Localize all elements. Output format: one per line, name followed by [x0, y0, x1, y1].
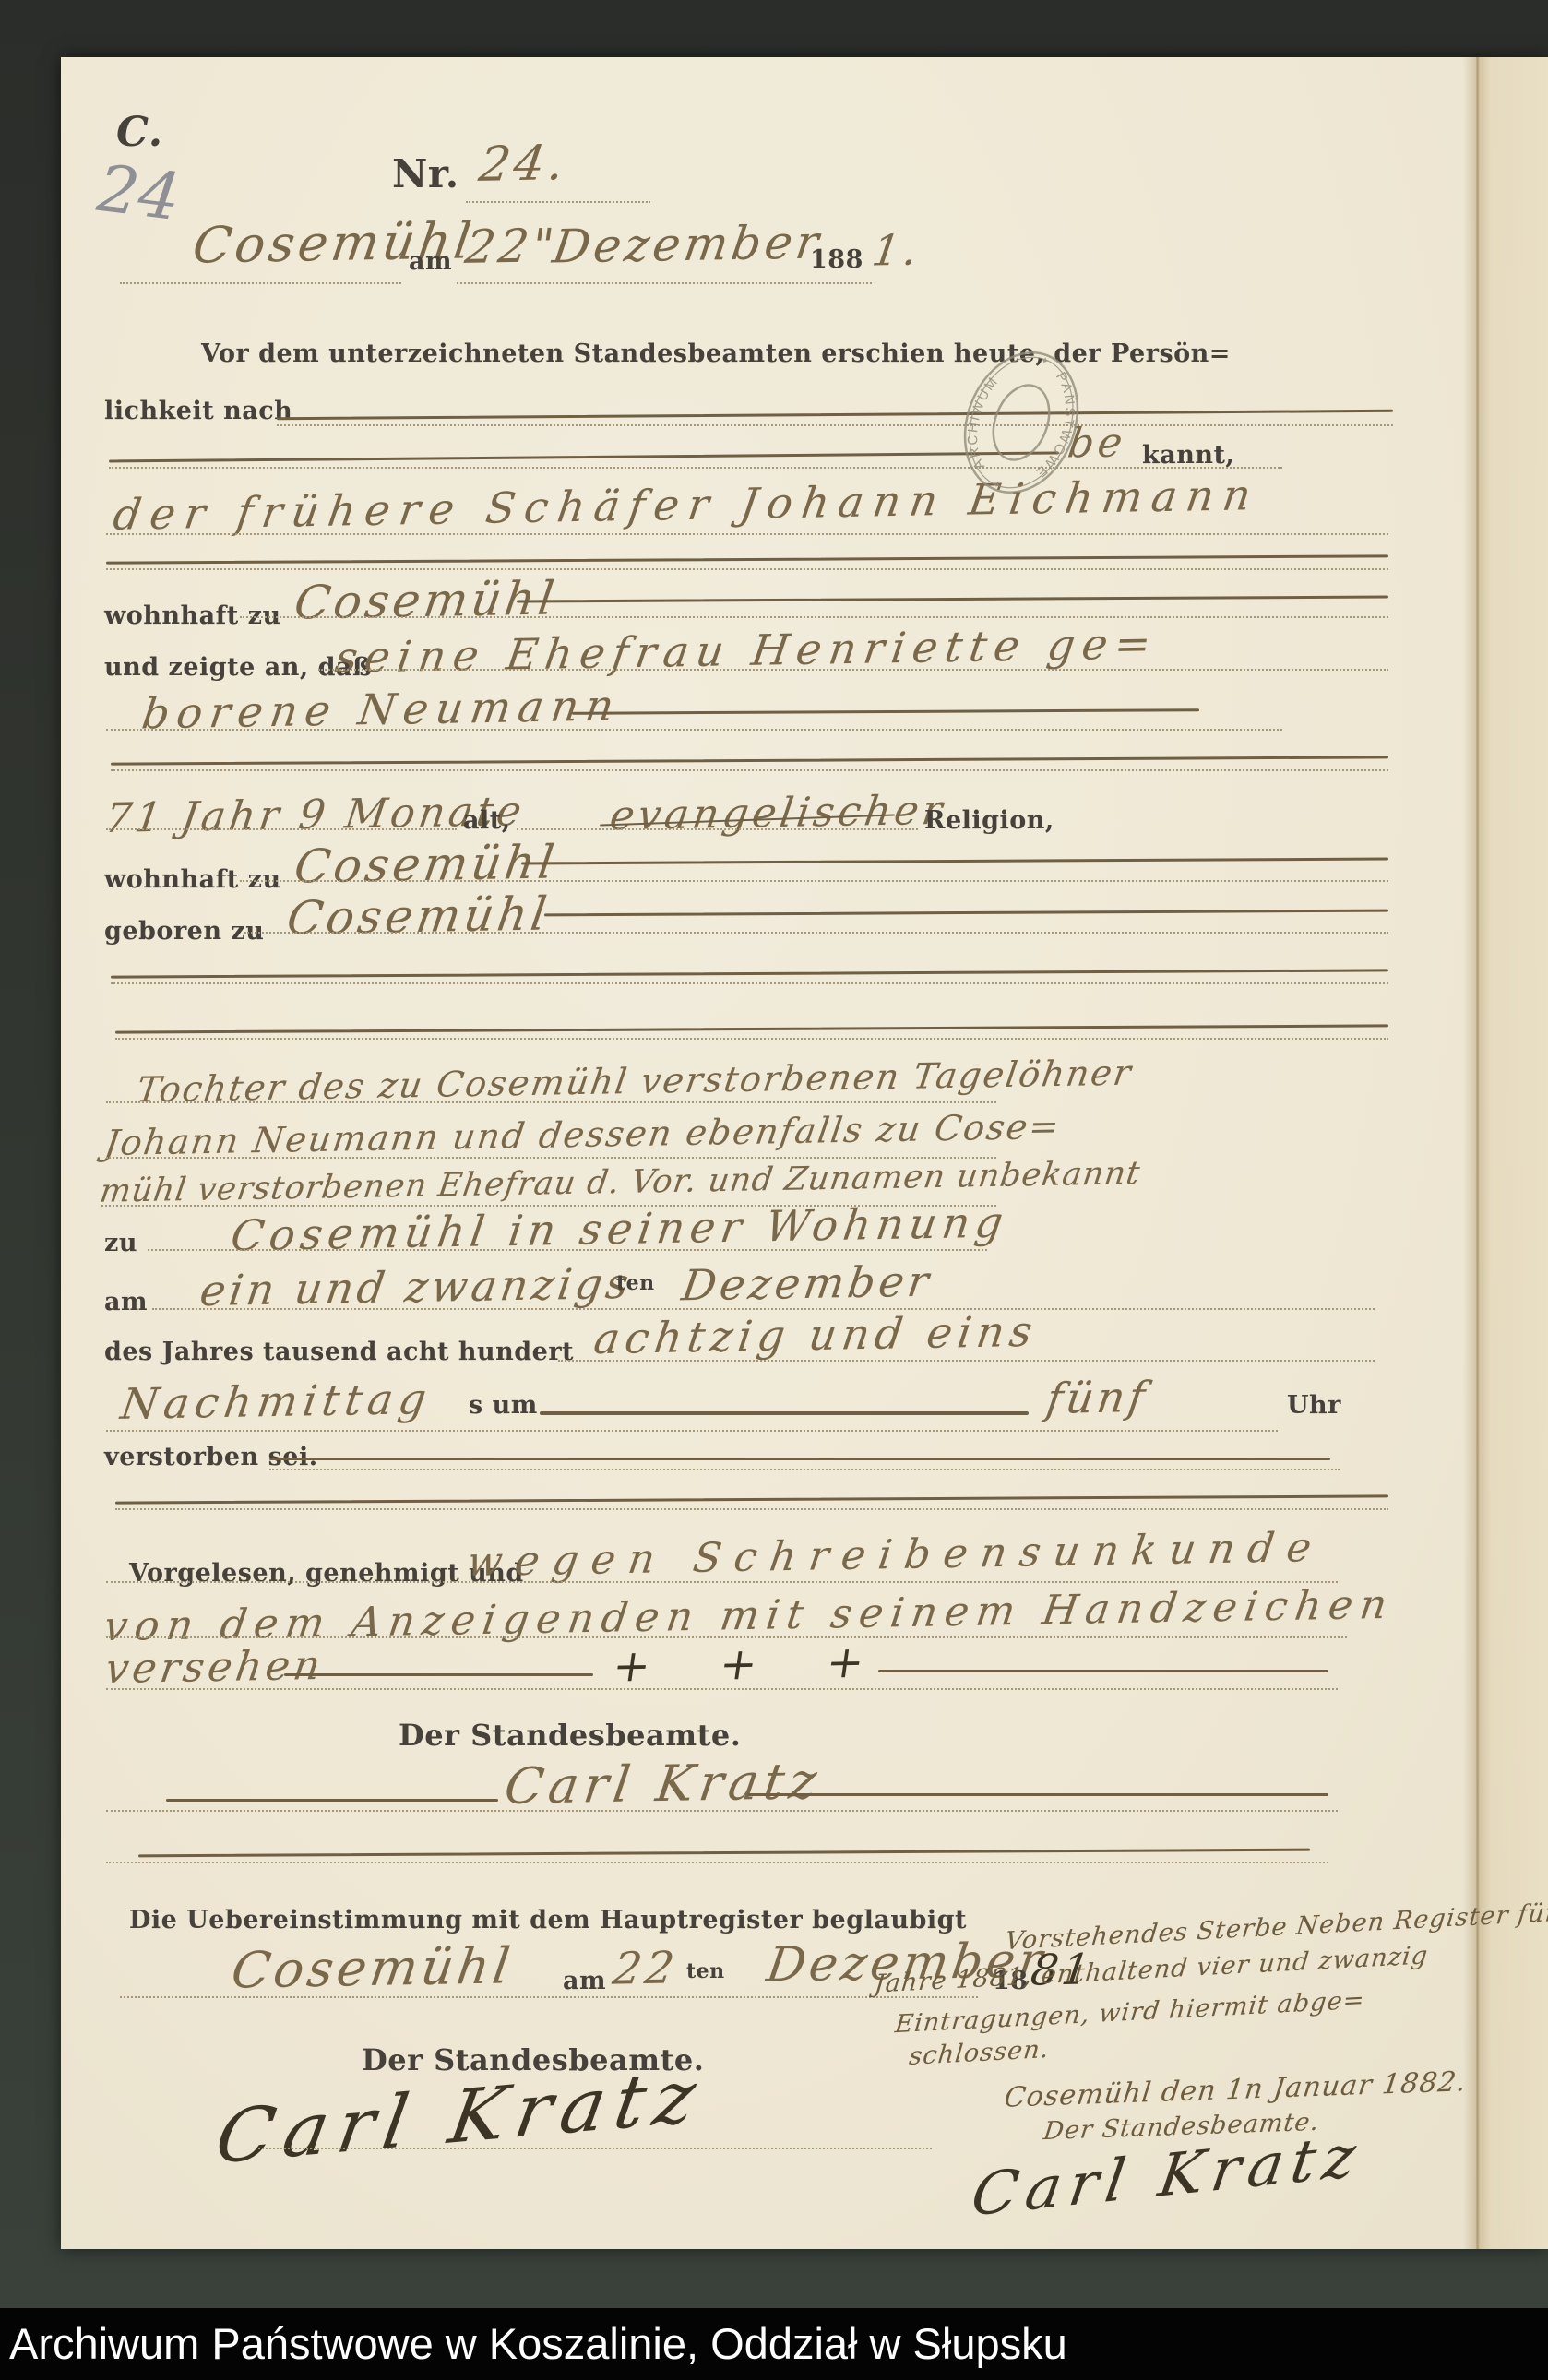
s-um-label: s um [469, 1391, 538, 1420]
residence2-value: Cosemühl [292, 836, 561, 894]
birthplace-value: Cosemühl [284, 887, 554, 946]
certify-place: Cosemühl [228, 1936, 517, 1999]
intro-line2: lichkeit nach [104, 397, 292, 425]
versehen-hand: versehen [102, 1642, 327, 1693]
alt-label: alt, [463, 806, 511, 835]
dotted-rule [106, 568, 1388, 570]
dotted-rule [244, 932, 1388, 934]
certify-day: 22 [610, 1942, 681, 1994]
dotted-rule [106, 1101, 996, 1103]
ink-stroke [269, 1458, 1330, 1460]
dotted-rule [106, 1157, 996, 1159]
dotted-rule [148, 1249, 987, 1251]
ink-stroke [878, 1670, 1328, 1672]
zeigte-an-label: und zeigte an, daß [104, 653, 372, 682]
dotted-rule [106, 828, 457, 830]
dotted-rule [277, 424, 1393, 426]
am-label: am [409, 247, 452, 276]
dotted-rule [115, 1038, 1388, 1040]
uhr-label: Uhr [1287, 1391, 1341, 1420]
certify-am: am [563, 1967, 606, 1995]
stamp-star-top: ✦ [1039, 353, 1051, 367]
death-year-value: achtzig und eins [591, 1306, 1042, 1363]
death-day-value: ein und zwanzigs [197, 1258, 636, 1315]
date-day: 22" [462, 219, 561, 274]
dotted-rule [109, 467, 1282, 469]
dotted-rule [240, 880, 1388, 882]
handzeichen-crosses: + + + [610, 1636, 896, 1692]
form-letter-c: C. [116, 109, 163, 156]
hour-value: fünf [1043, 1372, 1151, 1423]
ink-stroke [540, 1411, 1029, 1415]
dotted-rule [120, 1996, 978, 1998]
kannt-label: kannt, [1142, 441, 1234, 470]
dotted-rule [258, 2148, 932, 2149]
dotted-rule [106, 1430, 1278, 1432]
certify-label: Die Uebereinstimmung mit dem Hauptregist… [129, 1906, 967, 1934]
year-printed: 188 [810, 245, 863, 274]
dotted-rule [106, 1862, 1328, 1863]
year-written: 1. [869, 225, 924, 276]
dotted-rule [106, 729, 1282, 731]
dotted-rule [517, 828, 918, 830]
nr-label: Nr. [392, 151, 459, 196]
religion-label: Religion, [924, 806, 1054, 835]
dotted-rule [106, 1581, 1338, 1583]
dotted-rule [106, 1810, 1338, 1812]
am2-label: am [104, 1288, 148, 1316]
dotted-rule [466, 201, 650, 203]
certify-ten: ten [686, 1959, 725, 1983]
date-month: Dezember [550, 215, 826, 273]
dotted-rule [318, 669, 1388, 671]
dotted-rule [111, 982, 1388, 984]
dotted-rule [269, 1469, 1340, 1470]
dotted-rule [457, 282, 872, 284]
ink-stroke [166, 1799, 498, 1802]
dotted-rule [152, 1308, 1375, 1310]
dotted-rule [111, 769, 1388, 771]
ink-stroke [284, 1673, 593, 1676]
death-month-value: Dezember [679, 1256, 935, 1311]
geboren-label: geboren zu [104, 917, 264, 946]
zu-label: zu [104, 1229, 137, 1257]
dotted-rule [106, 1688, 1338, 1690]
scanned-document-page: C. 24 Nr. 24. Cosemühl am 22" Dezember 1… [0, 0, 1548, 2380]
dotted-rule [106, 533, 1388, 535]
dotted-rule [120, 282, 401, 284]
des-jahres-label: des Jahres tausend acht hundert [104, 1338, 574, 1366]
dotted-rule [115, 1508, 1388, 1510]
pencil-number: 24 [93, 150, 184, 235]
nr-value: 24. [476, 136, 571, 193]
archive-caption-text: Archiwum Państwowe w Koszalinie, Oddział… [0, 2308, 1067, 2380]
archive-caption-bar: Archiwum Państwowe w Koszalinie, Oddział… [0, 2308, 1548, 2380]
daytime-value: Nachmittag [118, 1374, 435, 1429]
dotted-rule [240, 616, 1388, 618]
dotted-rule [558, 1360, 1375, 1362]
ten-label: ten [616, 1271, 655, 1295]
registrar-signature: Carl Kratz [501, 1752, 826, 1815]
registrar-label: Der Standesbeamte. [399, 1718, 741, 1753]
stamp-star-bottom: ✦ [991, 478, 1003, 492]
religion-value: evangelischer [607, 787, 949, 839]
ink-stroke [747, 1793, 1328, 1796]
